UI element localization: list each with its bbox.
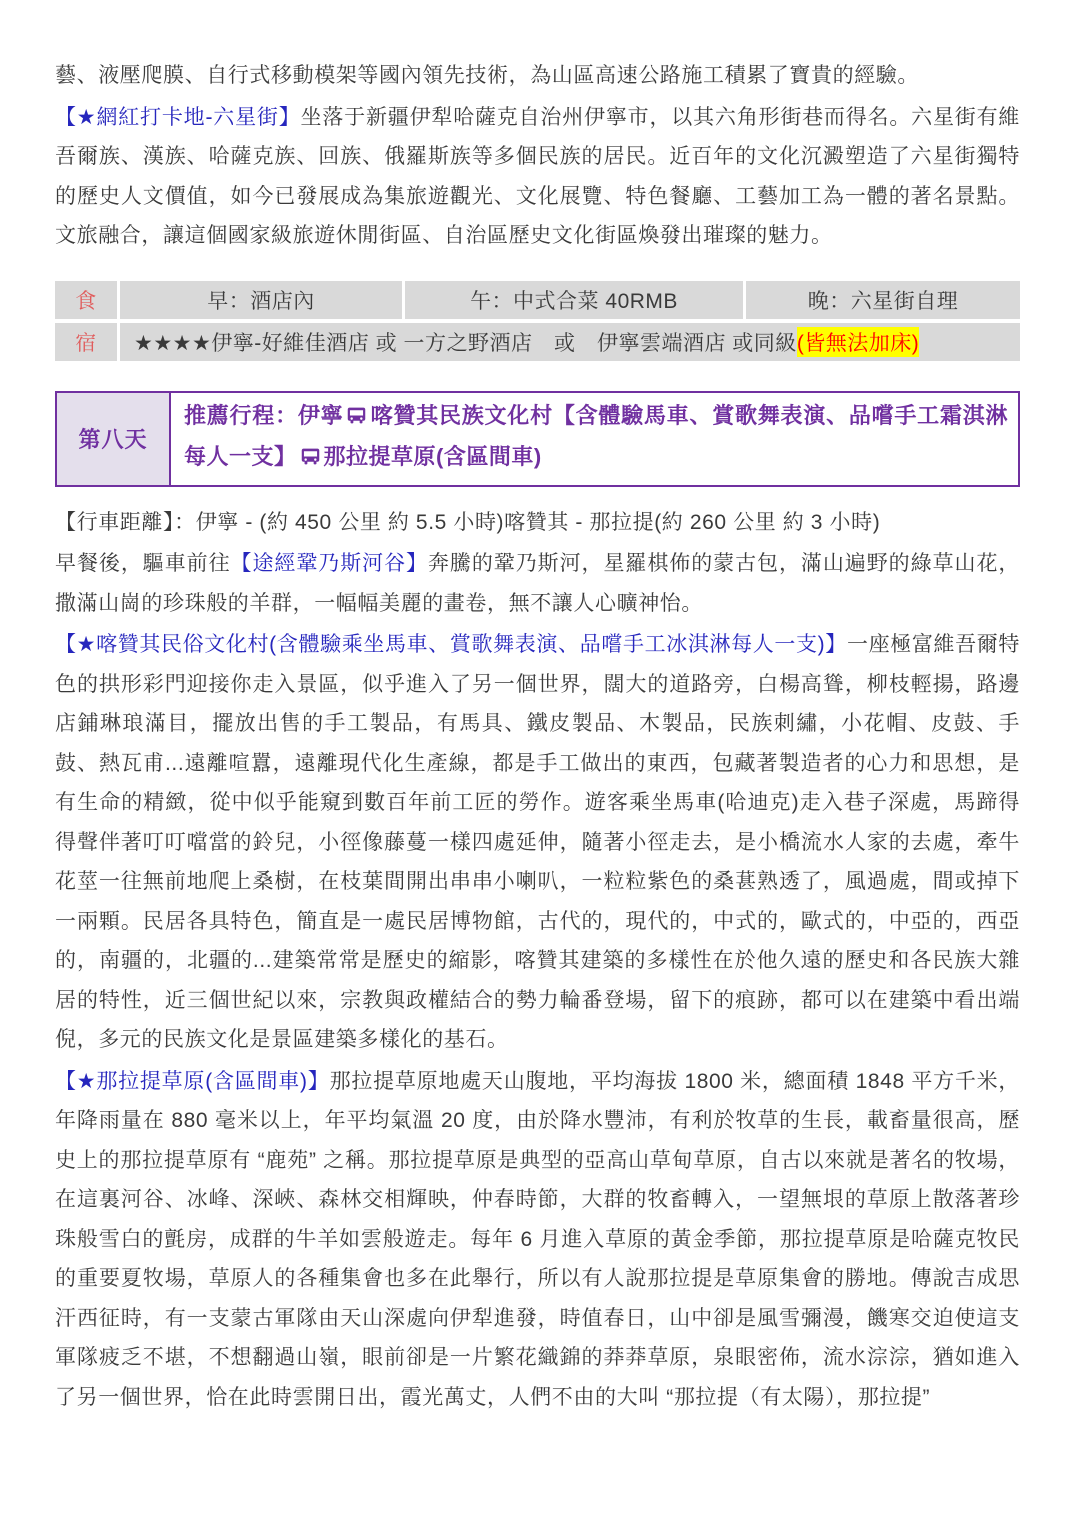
meal-row: 食 早：酒店內 午：中式合菜 40RMB 晚：六星街自理: [55, 281, 1020, 319]
no-extra-bed-note: (皆無法加床): [797, 327, 920, 357]
hotel-names: ★★★★伊寧-好維佳酒店 或 一方之野酒店 或 伊寧雲端酒店 或同級: [134, 327, 797, 357]
lunch-cell: 午：中式合菜 40RMB: [405, 281, 743, 319]
bus-icon: [346, 400, 367, 438]
nalati-body: 那拉提草原地處天山腹地，平均海拔 1800 米，總面積 1848 平方千米，年降…: [55, 1070, 1020, 1409]
intro-paragraph: 藝、液壓爬膜、自行式移動模架等國內領先技術，為山區高速公路施工積累了寶貴的經驗。: [55, 56, 1020, 96]
meal-label-cell: 食: [55, 281, 117, 319]
bus-icon: [300, 441, 321, 479]
kazanqi-paragraph: 【★喀贊其民俗文化村(含體驗乘坐馬車、賞歌舞表演、品嚐手工冰淇淋每人一支)】一座…: [55, 625, 1020, 1060]
dinner-cell: 晚：六星街自理: [746, 281, 1020, 319]
day8-title-part3: 那拉提草原(含區間車): [324, 444, 542, 469]
itinerary-document-page: 藝、液壓爬膜、自行式移動模架等國內領先技術，為山區高速公路施工積累了寶貴的經驗。…: [0, 0, 1076, 1521]
meal-hotel-table: 食 早：酒店內 午：中式合菜 40RMB 晚：六星街自理 宿 ★★★★伊寧-好維…: [55, 281, 1020, 361]
nalati-paragraph: 【★那拉提草原(含區間車)】那拉提草原地處天山腹地，平均海拔 1800 米，總面…: [55, 1062, 1020, 1418]
day8-banner: 第八天 推薦行程：伊寧喀贊其民族文化村【含體驗馬車、賞歌舞表演、品嚐手工霜淇淋每…: [55, 391, 1020, 487]
route-paragraph: 早餐後，驅車前往【途經鞏乃斯河谷】奔騰的鞏乃斯河，星羅棋佈的蒙古包，滿山遍野的綠…: [55, 544, 1020, 623]
hotel-cell: ★★★★伊寧-好維佳酒店 或 一方之野酒店 或 伊寧雲端酒店 或同級(皆無法加床…: [120, 323, 1020, 361]
day8-title: 推薦行程：伊寧喀贊其民族文化村【含體驗馬車、賞歌舞表演、品嚐手工霜淇淋每人一支】…: [171, 393, 1018, 485]
driving-distance-line: 【行車距離】：伊寧 - (約 450 公里 約 5.5 小時)喀贊其 - 那拉提…: [55, 503, 1020, 543]
intro-text: 藝、液壓爬膜、自行式移動模架等國內領先技術，為山區高速公路施工積累了寶貴的經驗。: [55, 64, 919, 87]
stay-label-cell: 宿: [55, 323, 117, 361]
breakfast-cell: 早：酒店內: [120, 281, 402, 319]
route-prefix: 早餐後，驅車前往: [55, 552, 231, 575]
kazanqi-body: 一座極富維吾爾特色的拱形彩門迎接你走入景區，似乎進入了另一個世界，闊大的道路旁，…: [55, 633, 1020, 1051]
hotel-row: 宿 ★★★★伊寧-好維佳酒店 或 一方之野酒店 或 伊寧雲端酒店 或同級(皆無法…: [55, 323, 1020, 361]
day8-label: 第八天: [57, 393, 171, 485]
driving-distance-text: 【行車距離】：伊寧 - (約 450 公里 約 5.5 小時)喀贊其 - 那拉提…: [55, 511, 880, 534]
six-star-street-paragraph: 【★網紅打卡地-六星街】坐落于新疆伊犁哈薩克自治州伊寧市，以其六角形街巷而得名。…: [55, 98, 1020, 256]
six-star-street-highlight: 【★網紅打卡地-六星街】: [55, 106, 301, 129]
kazanqi-village-highlight: 【★喀贊其民俗文化村(含體驗乘坐馬車、賞歌舞表演、品嚐手工冰淇淋每人一支)】: [55, 633, 847, 656]
gongnaisi-valley-highlight: 【途經鞏乃斯河谷】: [231, 552, 428, 575]
day8-title-part1: 推薦行程：伊寧: [184, 403, 343, 428]
nalati-grassland-highlight: 【★那拉提草原(含區間車)】: [55, 1070, 330, 1093]
